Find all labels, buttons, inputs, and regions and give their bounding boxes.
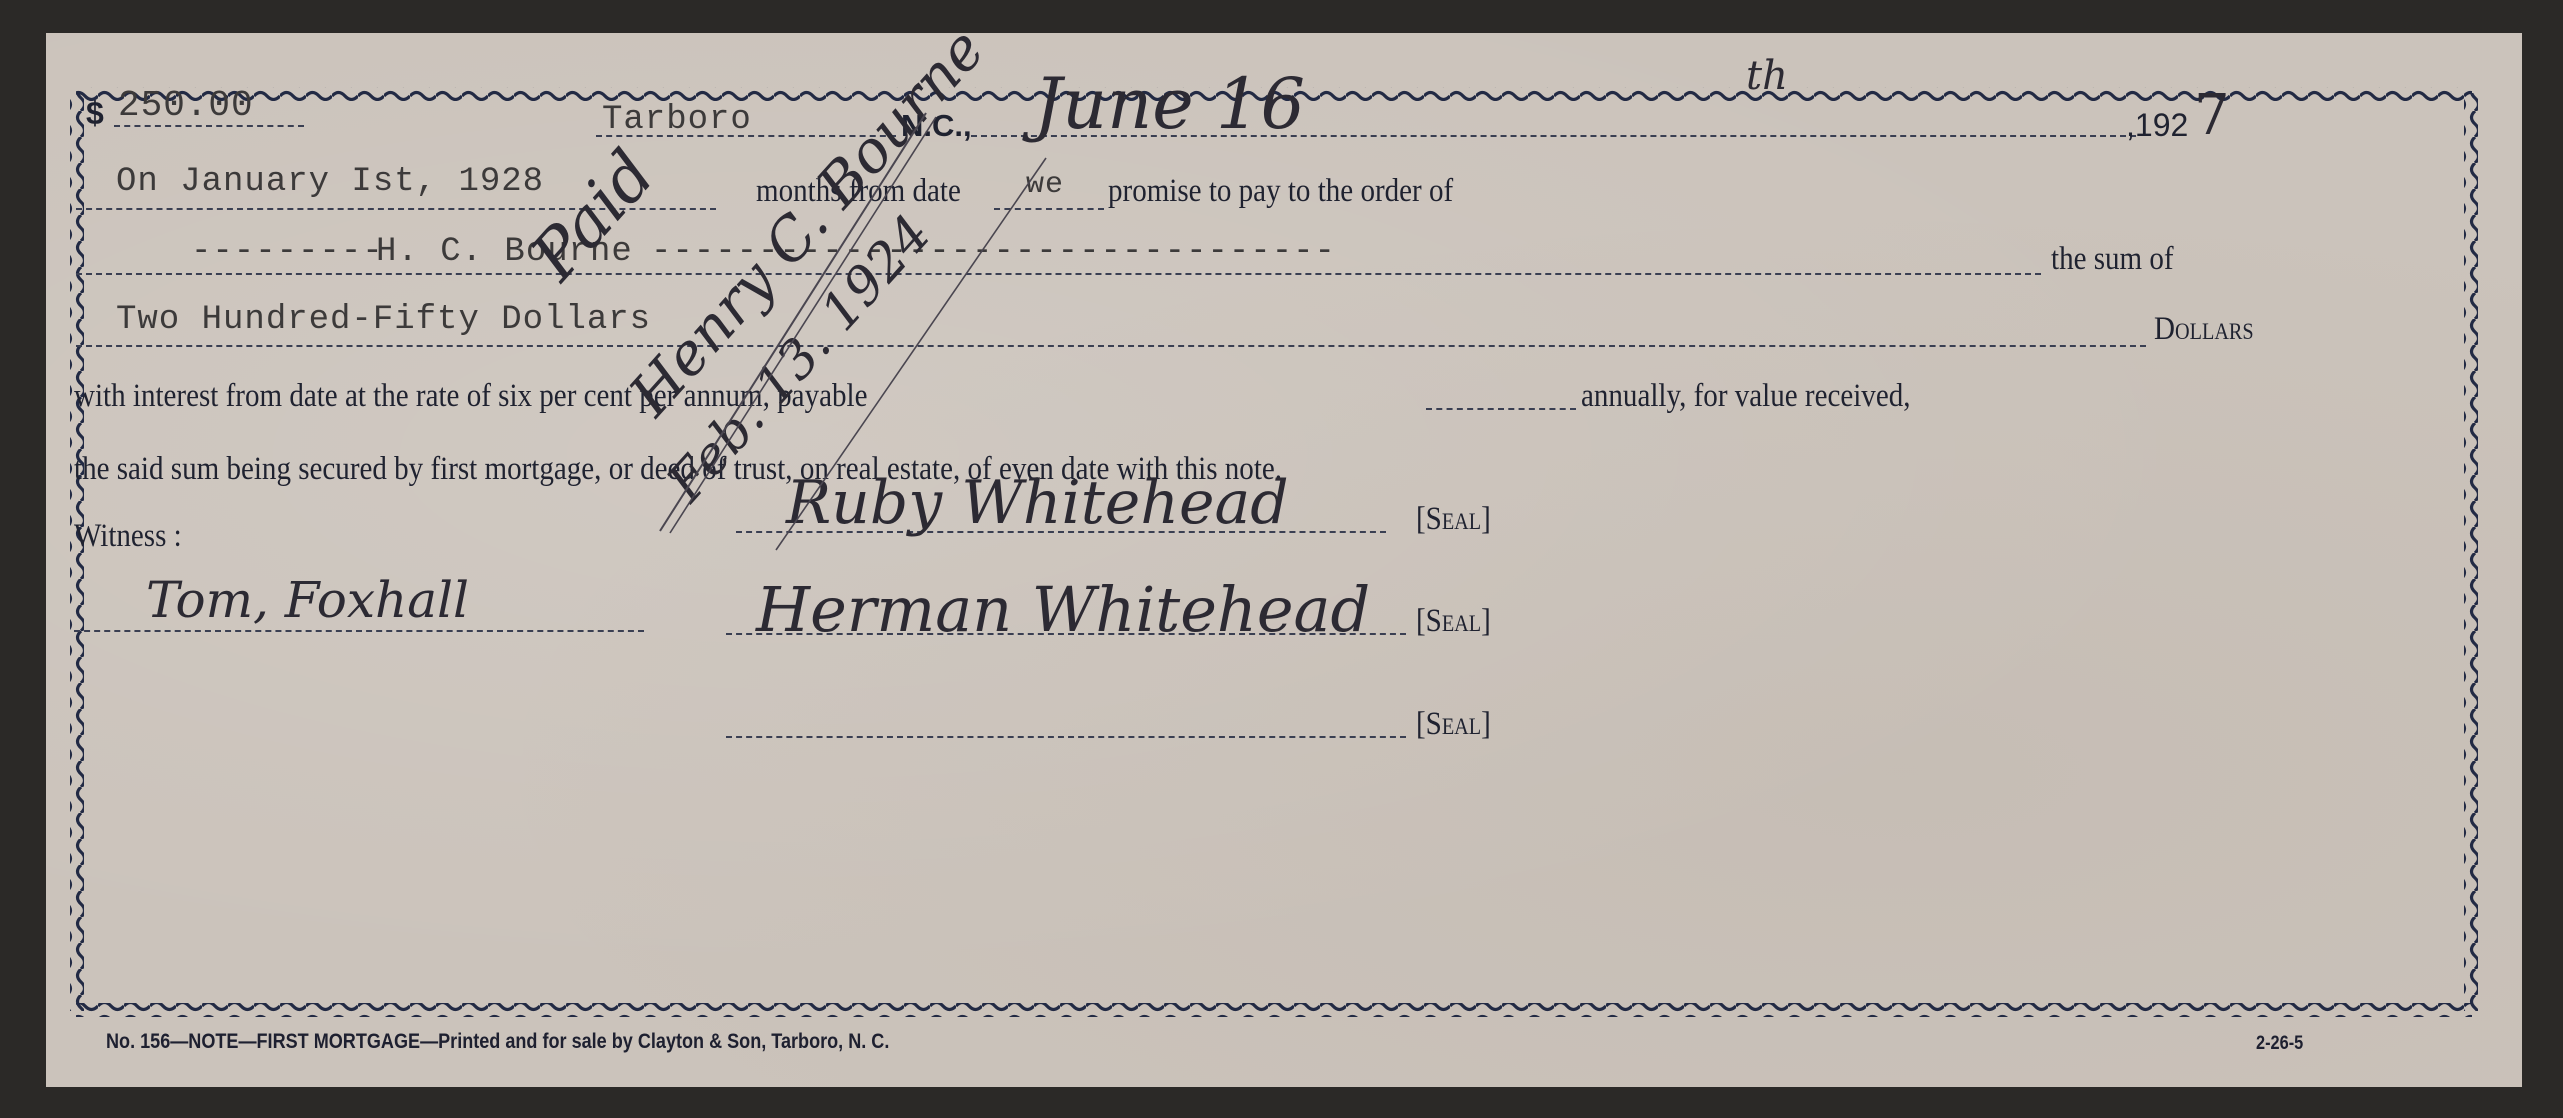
printer-imprint: No. 156—NOTE—FIRST MORTGAGE—Printed and …: [106, 1030, 889, 1054]
cancellation-strokes: [46, 33, 2522, 1087]
form-code: 2-26-5: [2256, 1033, 2303, 1055]
promissory-note: $ 250.00 Tarboro N.C., June 16 th ,192 7…: [46, 33, 2522, 1087]
